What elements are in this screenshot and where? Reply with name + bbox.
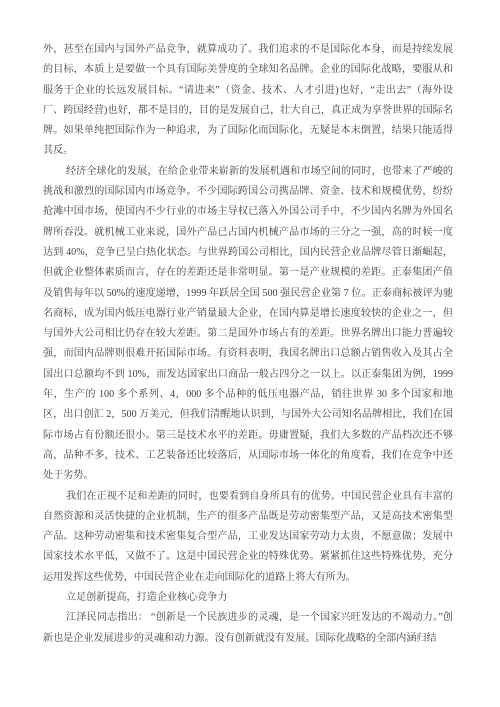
paragraph-innovation-quote: 江泽民同志指出： “创新是一个民族进步的灵魂，是一个国家兴旺发达的不竭动力。”创… <box>43 608 453 649</box>
document-page: 外，甚至在国内与国外产品竞争，就算成功了。我们追求的不是国际化本身，而是持续发展… <box>0 0 500 707</box>
subheading-innovation-core-competitiveness: 立足创新提高，打造企业核心竞争力 <box>43 588 453 608</box>
paragraph-globalization-gaps: 经济全球化的发展，在给企业带来崭新的发展机遇和市场空间的同时，也带来了严峻的挑战… <box>43 162 453 487</box>
paragraph-continuation-internationalization-goal: 外，甚至在国内与国外产品竞争，就算成功了。我们追求的不是国际化本身，而是持续发展… <box>43 40 453 162</box>
paragraph-advantages: 我们在正视不足和差距的同时，也要看到自身所具有的优势。中国民营企业具有丰富的自然… <box>43 487 453 588</box>
